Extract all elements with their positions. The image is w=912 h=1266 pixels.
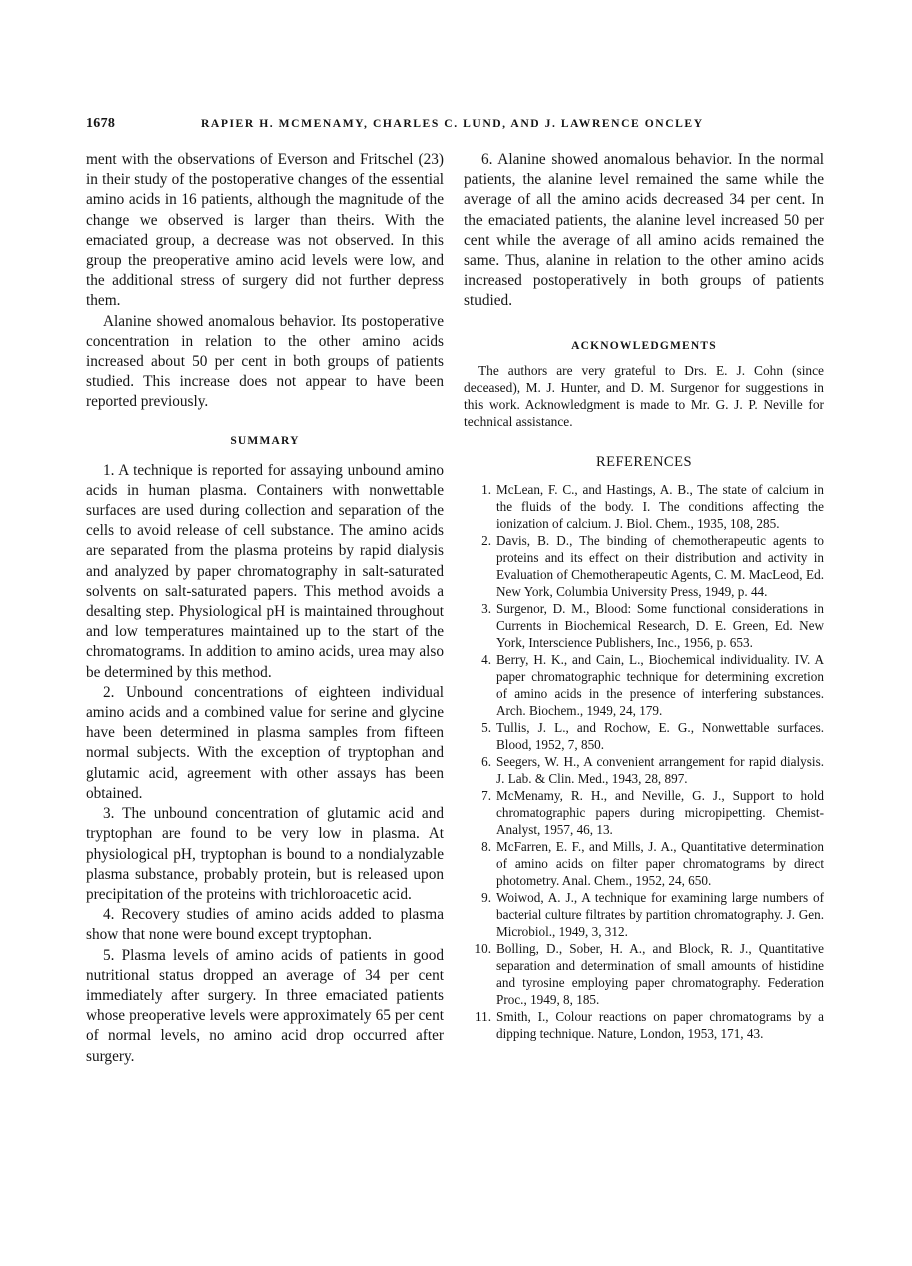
summary-item: 2. Unbound concentrations of eighteen in… bbox=[86, 683, 444, 804]
reference-text: Bolling, D., Sober, H. A., and Block, R.… bbox=[496, 941, 824, 1007]
reference-text: Davis, B. D., The binding of chemotherap… bbox=[496, 533, 824, 599]
reference-number: 6. bbox=[464, 753, 491, 770]
reference-item: 10.Bolling, D., Sober, H. A., and Block,… bbox=[464, 940, 824, 1008]
summary-item: 3. The unbound concentration of glutamic… bbox=[86, 804, 444, 905]
reference-number: 2. bbox=[464, 532, 491, 549]
reference-item: 1.McLean, F. C., and Hastings, A. B., Th… bbox=[464, 481, 824, 532]
right-column: 6. Alanine showed anomalous behavior. In… bbox=[464, 150, 824, 1042]
acknowledgments-text: The authors are very grateful to Drs. E.… bbox=[464, 362, 824, 431]
reference-number: 1. bbox=[464, 481, 491, 498]
reference-number: 8. bbox=[464, 838, 491, 855]
reference-text: Berry, H. K., and Cain, L., Biochemical … bbox=[496, 652, 824, 718]
reference-list: 1.McLean, F. C., and Hastings, A. B., Th… bbox=[464, 481, 824, 1042]
reference-item: 4.Berry, H. K., and Cain, L., Biochemica… bbox=[464, 651, 824, 719]
reference-text: Smith, I., Colour reactions on paper chr… bbox=[496, 1009, 824, 1041]
reference-number: 11. bbox=[464, 1008, 491, 1025]
references-heading: REFERENCES bbox=[464, 454, 824, 471]
reference-text: Woiwod, A. J., A technique for examining… bbox=[496, 890, 824, 939]
reference-item: 2.Davis, B. D., The binding of chemother… bbox=[464, 532, 824, 600]
reference-number: 5. bbox=[464, 719, 491, 736]
reference-text: McLean, F. C., and Hastings, A. B., The … bbox=[496, 482, 824, 531]
reference-text: Seegers, W. H., A convenient arrangement… bbox=[496, 754, 824, 786]
acknowledgments-heading: Acknowledgments bbox=[464, 340, 824, 352]
reference-number: 9. bbox=[464, 889, 491, 906]
page-number: 1678 bbox=[86, 116, 115, 132]
summary-item: 6. Alanine showed anomalous behavior. In… bbox=[464, 150, 824, 312]
summary-item: 1. A technique is reported for assaying … bbox=[86, 461, 444, 683]
running-head: 1678 Rapier H. McMenamy, Charles C. Lund… bbox=[86, 116, 876, 136]
summary-item: 4. Recovery studies of amino acids added… bbox=[86, 905, 444, 945]
reference-text: Surgenor, D. M., Blood: Some functional … bbox=[496, 601, 824, 650]
reference-text: McMenamy, R. H., and Neville, G. J., Sup… bbox=[496, 788, 824, 837]
running-title: Rapier H. McMenamy, Charles C. Lund, and… bbox=[201, 117, 704, 130]
body-paragraph: Alanine showed anomalous behavior. Its p… bbox=[86, 312, 444, 413]
summary-item: 5. Plasma levels of amino acids of patie… bbox=[86, 946, 444, 1067]
reference-item: 6.Seegers, W. H., A convenient arrangeme… bbox=[464, 753, 824, 787]
summary-heading: Summary bbox=[86, 435, 444, 447]
reference-number: 7. bbox=[464, 787, 491, 804]
reference-text: Tullis, J. L., and Rochow, E. G., Nonwet… bbox=[496, 720, 824, 752]
reference-text: McFarren, E. F., and Mills, J. A., Quant… bbox=[496, 839, 824, 888]
reference-number: 4. bbox=[464, 651, 491, 668]
left-column: ment with the observations of Everson an… bbox=[86, 150, 444, 1067]
reference-item: 9.Woiwod, A. J., A technique for examini… bbox=[464, 889, 824, 940]
reference-item: 8.McFarren, E. F., and Mills, J. A., Qua… bbox=[464, 838, 824, 889]
reference-item: 3.Surgenor, D. M., Blood: Some functiona… bbox=[464, 600, 824, 651]
reference-number: 3. bbox=[464, 600, 491, 617]
reference-item: 11.Smith, I., Colour reactions on paper … bbox=[464, 1008, 824, 1042]
reference-number: 10. bbox=[464, 940, 491, 957]
reference-item: 7.McMenamy, R. H., and Neville, G. J., S… bbox=[464, 787, 824, 838]
reference-item: 5.Tullis, J. L., and Rochow, E. G., Nonw… bbox=[464, 719, 824, 753]
body-paragraph: ment with the observations of Everson an… bbox=[86, 150, 444, 312]
